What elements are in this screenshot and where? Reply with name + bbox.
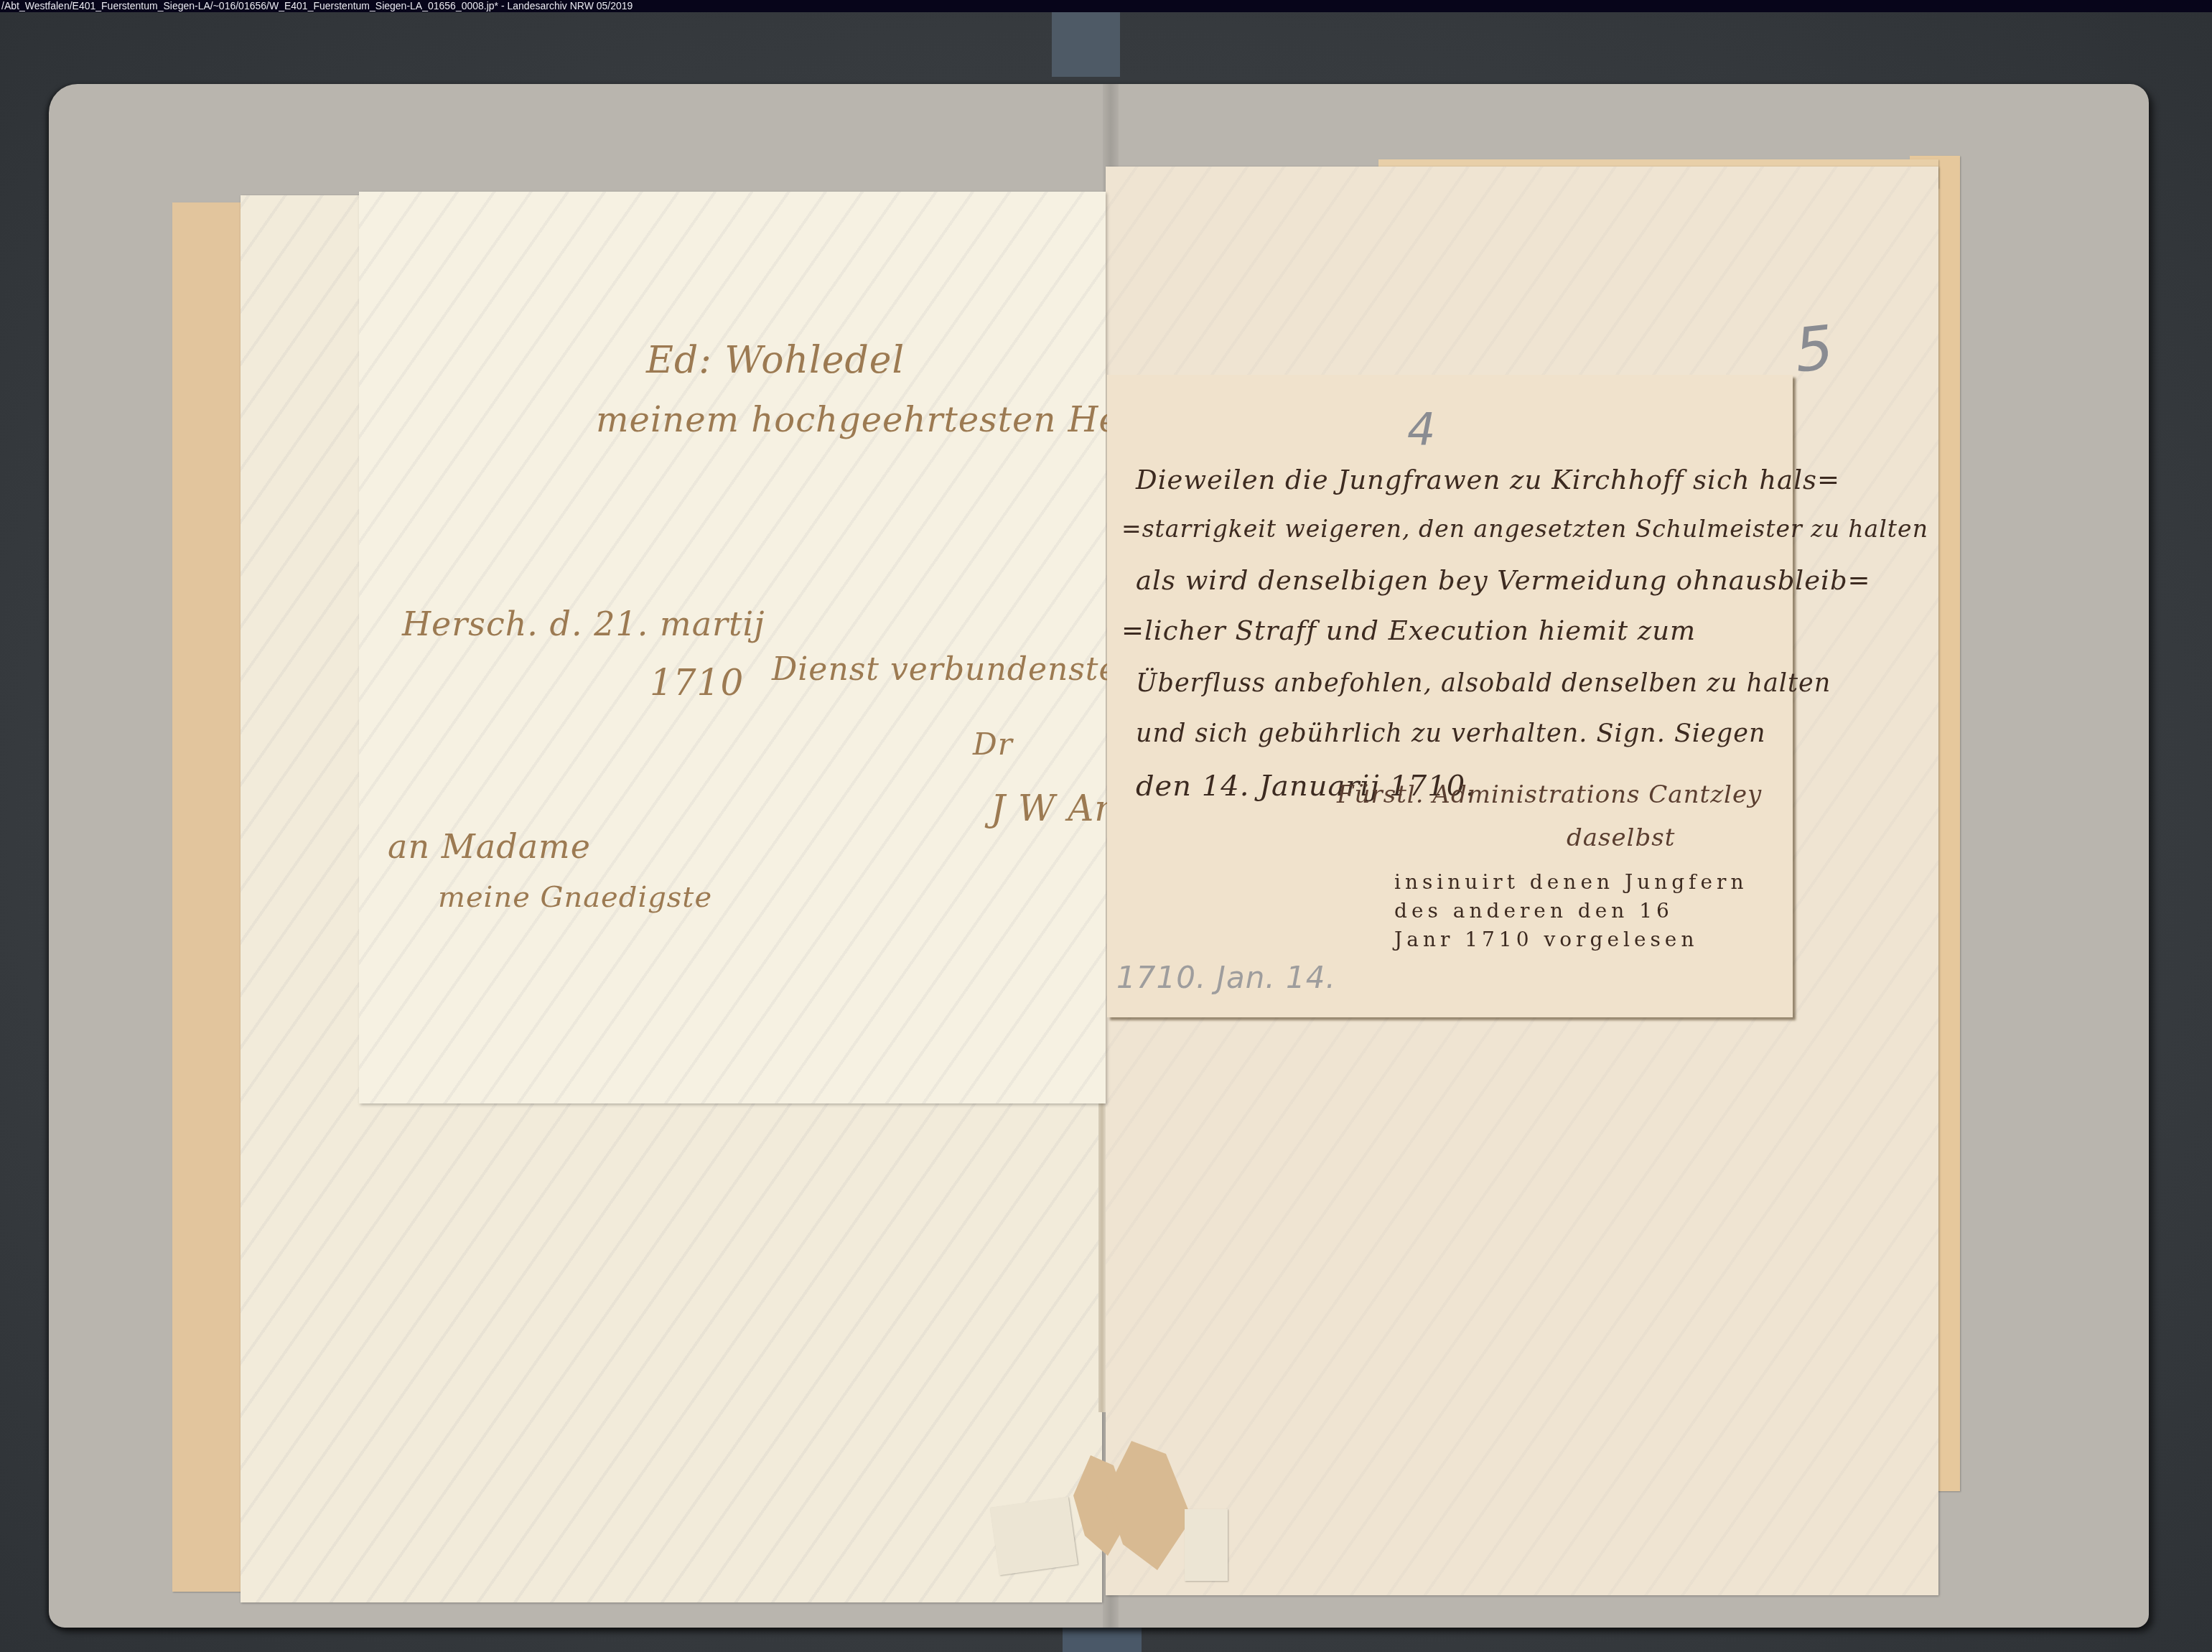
decree-line: Überfluss anbefohlen, alsobald denselben… [1136,669,1831,698]
decree-line: als wird denselbigen bey Vermeidung ohna… [1136,565,1871,596]
left-letter-sheet: Ed: Wohledel meinem hochgeehrtesten Herr… [359,192,1106,1103]
decree-line: Dieweilen die Jungfrawen zu Kirchhoff si… [1136,465,1840,495]
date-line: Hersch. d. 21. martij [402,605,765,643]
date-year: 1710 [650,662,744,704]
address-line: meinem hochgeehrtesten Herrn [596,400,1177,440]
decree-line: =licher Straff und Execution hiemit zum [1121,615,1696,646]
folio-number-pencil: 5 [1791,312,1837,386]
closing-line: Dienst verbundenster [772,651,1134,688]
insinuation-note: Janr 1710 vorgelesen [1394,928,1698,951]
folio-number-pencil: 4 [1407,403,1436,456]
pencil-date-note: 1710. Jan. 14. [1116,960,1336,995]
chancellery-signature: daselbst [1567,823,1675,852]
chancellery-signature: Fürstl. Administrations Cantzley [1337,780,1762,809]
window-title-bar: /Abt_Westfalen/E401_Fuerstentum_Siegen-L… [0,0,2212,12]
scan-viewport: 5 Ed: Wohledel meinem hochgeehrtesten He… [0,12,2212,1652]
insinuation-note: insinuirt denen Jungfern [1394,870,1747,894]
closing-line: Dr [973,727,1013,762]
window-title: /Abt_Westfalen/E401_Fuerstentum_Siegen-L… [1,0,633,11]
show-through-lines [359,192,1106,1103]
right-decree-sheet: 4 Dieweilen die Jungfrawen zu Kirchhoff … [1107,375,1793,1017]
decree-line: =starrigkeit weigeren, den angesetzten S… [1121,515,1928,543]
decree-line: und sich gebührlich zu verhalten. Sign. … [1136,719,1765,748]
address-line: Ed: Wohledel [646,339,905,382]
insinuation-note: des anderen den 16 [1394,899,1674,923]
recipient-line: an Madame [388,827,591,866]
recipient-line: meine Gnaedigste [438,881,712,914]
paper-repair-patch [990,1497,1078,1575]
backing-strip-left [172,202,244,1592]
paper-repair-patch [1185,1509,1228,1581]
book-stand-strip-top [1052,12,1120,77]
